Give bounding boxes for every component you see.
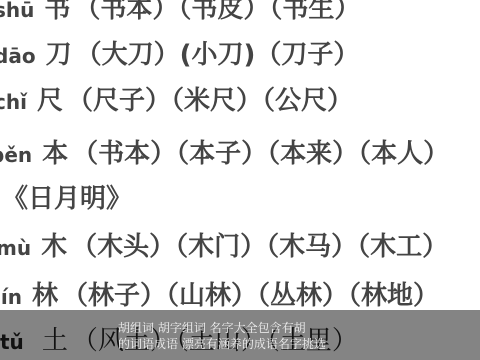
lesson-title-text: 《日月明》 (2, 184, 132, 214)
vocab-row-mu: mù木（木头）（木门）（木马）（木工） (0, 232, 448, 263)
word-list: （大刀）(小刀)（刀子） (76, 40, 360, 70)
caption-line-2: 的词语成语 漂亮有涵养的成语名字挑选 (118, 336, 368, 352)
word-list: （尺子）（米尺）（公尺） (67, 86, 353, 116)
word-list: （木头）（木门）（木马）（木工） (71, 232, 448, 262)
character: 书 (44, 0, 70, 24)
caption-text: 胡组词 胡字组词 名字大全包含有胡 的词语成语 漂亮有涵养的成语名字挑选 (118, 320, 368, 352)
vocab-row-lin: lín林（林子）（山林）（丛林）（林地） (0, 281, 439, 312)
character: 刀 (46, 40, 72, 70)
word-list: （林子）（山林）（丛林）（林地） (62, 281, 439, 311)
pinyin: chǐ (0, 87, 27, 117)
vocab-row-shu: shū书（书本）（书皮）（书生） (0, 0, 360, 25)
character: 木 (41, 232, 67, 262)
pinyin: shū (0, 0, 34, 25)
vocab-row-dao: dāo刀（大刀）(小刀)（刀子） (0, 40, 359, 71)
character: 林 (32, 281, 58, 311)
pinyin: dāo (0, 41, 36, 71)
pinyin: tǔ (0, 327, 24, 357)
character: 本 (42, 139, 68, 169)
pinyin: lín (0, 282, 22, 312)
vocab-row-chi: chǐ尺（尺子）（米尺）（公尺） (0, 86, 353, 117)
worksheet-page: shū书（书本）（书皮）（书生） dāo刀（大刀）(小刀)（刀子） chǐ尺（尺… (0, 0, 480, 360)
word-list: （书本）（书皮）（书生） (74, 0, 360, 24)
caption-line-1: 胡组词 胡字组词 名字大全包含有胡 (118, 320, 368, 336)
character: 土 (42, 326, 68, 356)
pinyin: běn (0, 140, 32, 170)
vocab-row-ben: běn本（书本）（本子）（本来）（本人） (0, 139, 449, 170)
character: 尺 (37, 86, 63, 116)
pinyin: mù (0, 233, 31, 263)
lesson-title: 《日月明》 (2, 184, 132, 214)
word-list: （书本）（本子）（本来）（本人） (72, 139, 449, 169)
